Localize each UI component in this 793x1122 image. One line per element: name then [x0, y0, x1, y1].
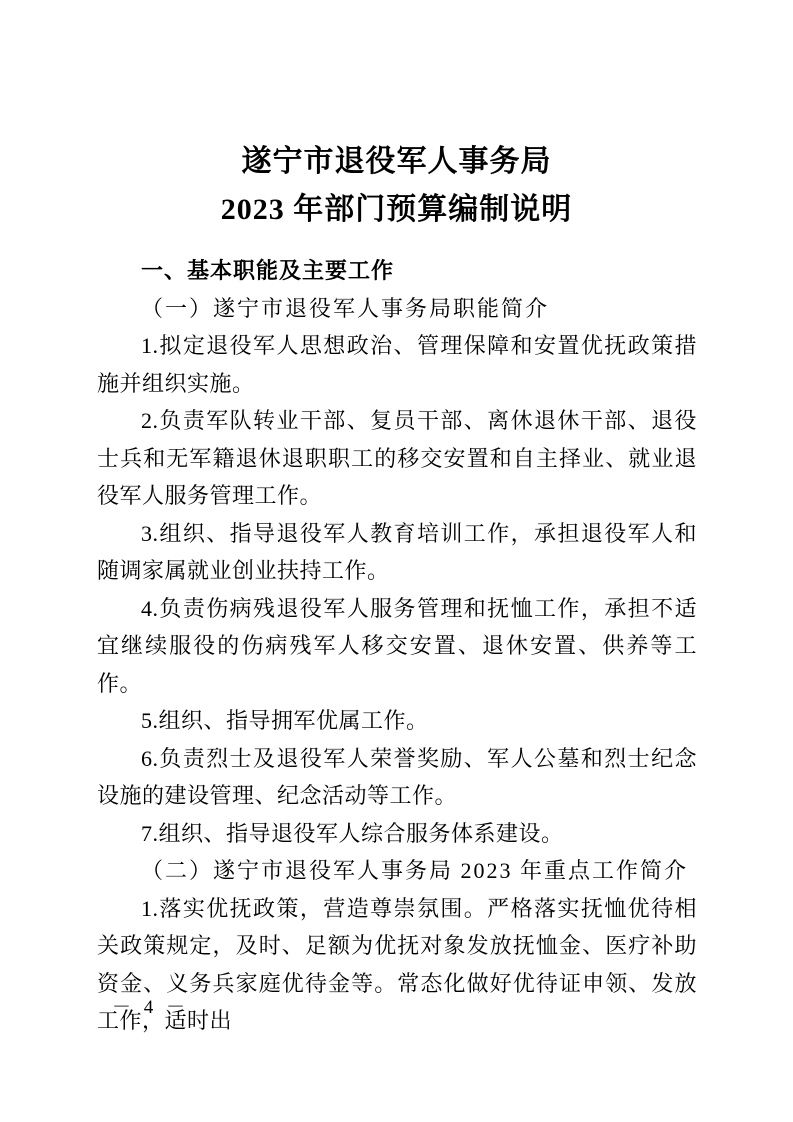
page-number: － 4 －	[112, 992, 189, 1019]
paragraph-function-4: 4.负责伤病残退役军人服务管理和抚恤工作，承担不适宜继续服役的伤病残军人移交安置…	[97, 590, 697, 703]
document-title-line-1: 遂宁市退役军人事务局	[0, 138, 793, 186]
subsection-heading-2023-key-work: （二）遂宁市退役军人事务局 2023 年重点工作简介	[97, 852, 697, 890]
paragraph-function-6: 6.负责烈士及退役军人荣誉奖励、军人公墓和烈士纪念设施的建设管理、纪念活动等工作…	[97, 740, 697, 815]
paragraph-function-7: 7.组织、指导退役军人综合服务体系建设。	[97, 815, 697, 853]
paragraph-function-2: 2.负责军队转业干部、复员干部、离休退休干部、退役士兵和无军籍退休退职职工的移交…	[97, 402, 697, 515]
paragraph-function-1: 1.拟定退役军人思想政治、管理保障和安置优抚政策措施并组织实施。	[97, 327, 697, 402]
subsection-heading-functions-intro: （一）遂宁市退役军人事务局职能简介	[97, 290, 697, 328]
paragraph-function-5: 5.组织、指导拥军优属工作。	[97, 702, 697, 740]
section-heading-basic-functions: 一、基本职能及主要工作	[97, 252, 697, 290]
document-page: 遂宁市退役军人事务局 2023 年部门预算编制说明 一、基本职能及主要工作 （一…	[0, 0, 793, 1122]
document-title-block: 遂宁市退役军人事务局 2023 年部门预算编制说明	[0, 0, 793, 234]
document-title-line-2: 2023 年部门预算编制说明	[0, 186, 793, 234]
document-body: 一、基本职能及主要工作 （一）遂宁市退役军人事务局职能简介 1.拟定退役军人思想…	[97, 252, 697, 1040]
paragraph-function-3: 3.组织、指导退役军人教育培训工作，承担退役军人和随调家属就业创业扶持工作。	[97, 515, 697, 590]
